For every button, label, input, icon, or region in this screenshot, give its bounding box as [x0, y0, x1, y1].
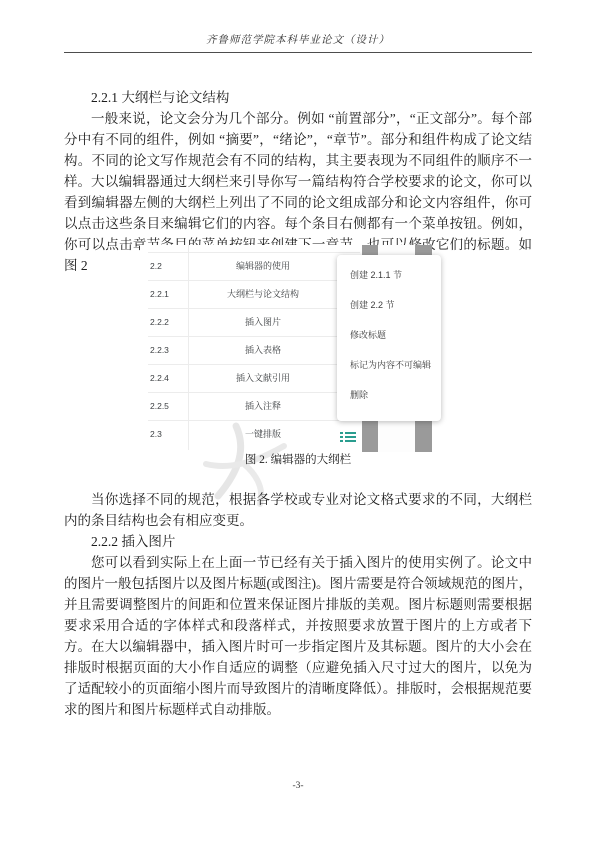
- outline-row-number: 2.2.3: [150, 343, 186, 357]
- row-divider: [148, 280, 360, 281]
- figure-outline-panel: 2.2 编辑器的使用 2.2.1 大纲栏与论文结构 2.2.2 插入图片 2.2…: [140, 245, 472, 452]
- outline-context-menu: 创建 2.1.1 节 创建 2.2 节 修改标题 标记为内容不可编辑 删除: [337, 255, 441, 421]
- outline-row-label: 编辑器的使用: [188, 259, 338, 273]
- row-divider: [148, 392, 360, 393]
- menu-item-create-2-1-1: 创建 2.1.1 节: [337, 260, 441, 290]
- outline-row-number: 2.2.2: [150, 315, 186, 329]
- row-divider: [148, 364, 360, 365]
- document-page: 齐鲁师范学院本科毕业论文（设计） 2.2.1 大纲栏与论文结构 一般来说，论文会…: [0, 0, 595, 842]
- outline-row-label: 插入图片: [188, 315, 338, 329]
- menu-item-create-2-2: 创建 2.2 节: [337, 290, 441, 320]
- outline-row-label: 插入表格: [188, 343, 338, 357]
- outline-row-number: 2.2.5: [150, 399, 186, 413]
- section-heading-222: 2.2.2 插入图片: [64, 531, 532, 552]
- row-divider: [148, 308, 360, 309]
- ordered-list-icon: [340, 432, 356, 444]
- outline-row-number: 2.2.1: [150, 287, 186, 301]
- row-divider: [148, 252, 360, 253]
- row-divider: [148, 336, 360, 337]
- outline-row-label: 插入文献引用: [188, 371, 338, 385]
- page-header: 齐鲁师范学院本科毕业论文（设计）: [64, 32, 532, 47]
- header-rule: [64, 52, 532, 53]
- menu-item-delete: 删除: [337, 380, 441, 410]
- section-heading-221: 2.2.1 大纲栏与论文结构: [64, 87, 532, 108]
- figure-caption: 图 2. 编辑器的大纲栏: [64, 450, 532, 471]
- outline-row-number: 2.2: [150, 259, 186, 273]
- outline-row-number: 2.2.4: [150, 371, 186, 385]
- paragraph-3: 当你选择不同的规范，根据各学校或专业对论文格式要求的不同，大纲栏内的条目结构也会…: [64, 489, 532, 531]
- menu-item-mark-readonly: 标记为内容不可编辑: [337, 350, 441, 380]
- outline-row-label: 大纲栏与论文结构: [188, 287, 338, 301]
- paragraph-5: 在大以编辑器中，插入图片时可一步指定图片及其标题。图片的大小会在排版时根据页面的…: [64, 636, 532, 720]
- outline-row-number: 2.3: [150, 427, 186, 441]
- menu-item-rename-title: 修改标题: [337, 320, 441, 350]
- page-number: -3-: [64, 781, 532, 791]
- outline-row-label: 插入注释: [188, 399, 338, 413]
